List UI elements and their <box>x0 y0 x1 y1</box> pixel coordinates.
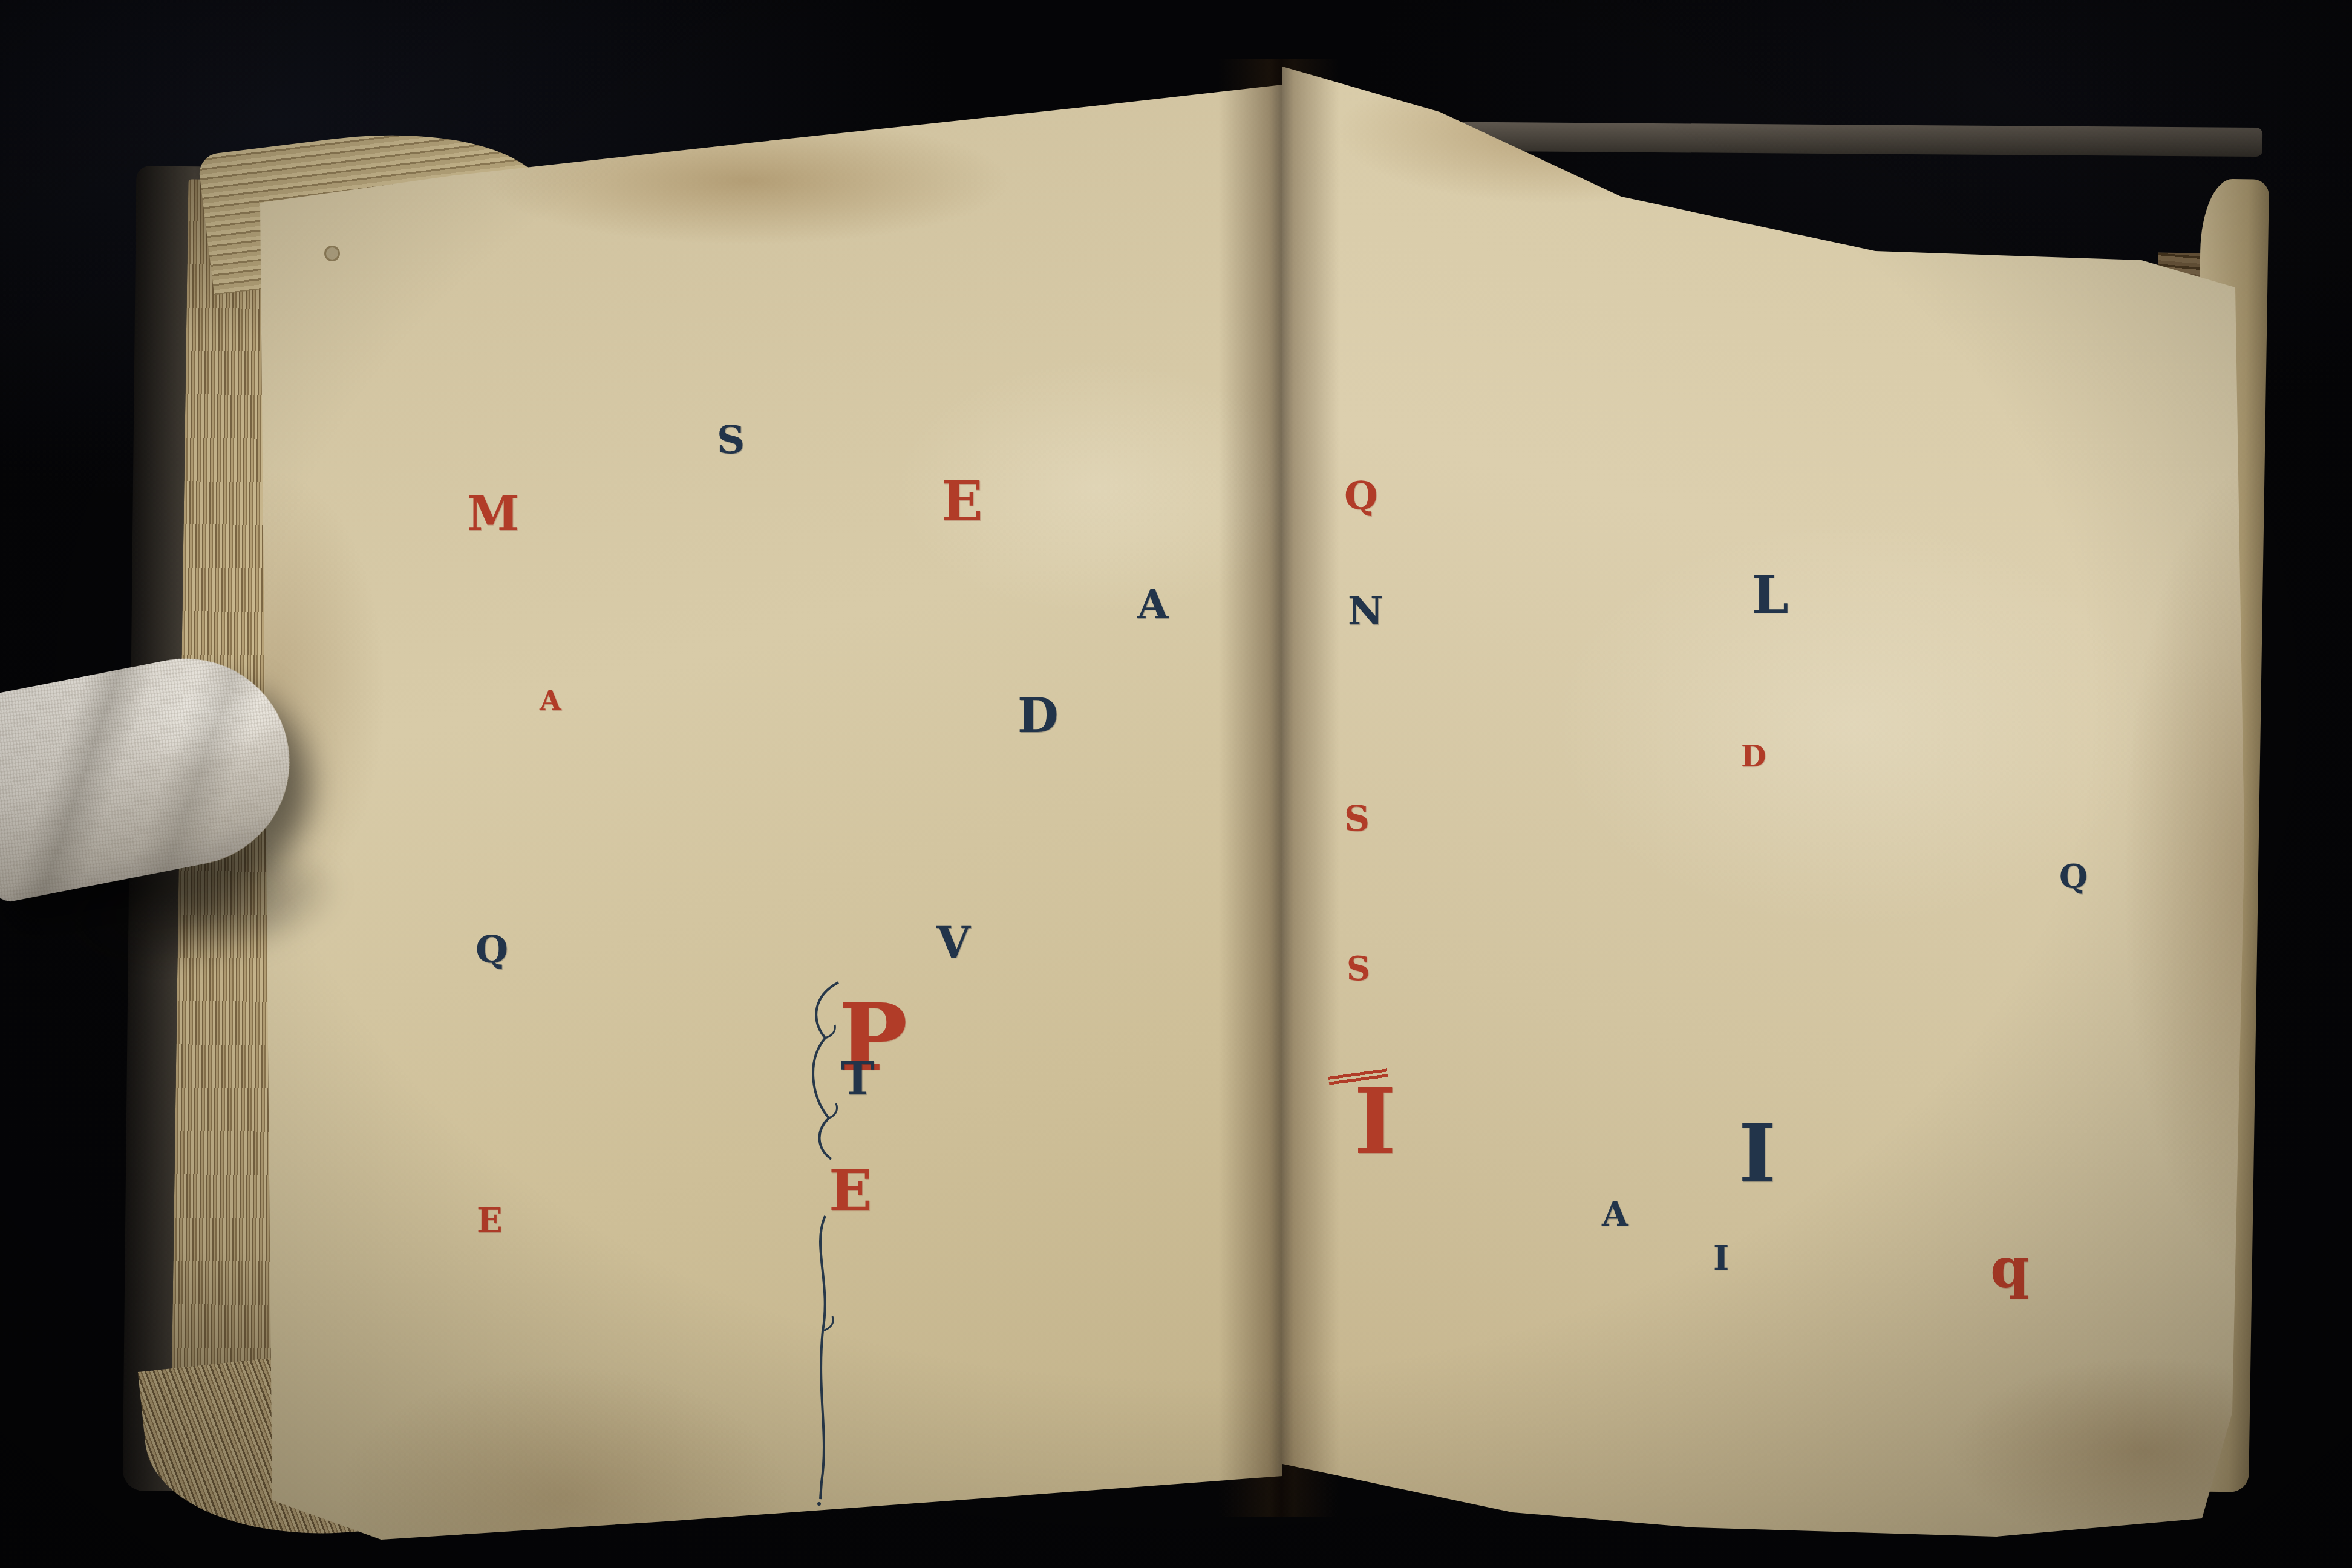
illuminated-initial-q: Q <box>2059 863 2088 892</box>
illuminated-initial-e: E <box>477 1206 503 1236</box>
illuminated-initial-v: V <box>936 923 970 961</box>
illuminated-initial-s: S <box>1344 803 1370 834</box>
illuminated-initial-q: q <box>1990 1244 2029 1293</box>
illuminated-initial-n: N <box>1348 595 1383 629</box>
illuminated-initial-q: Q <box>475 933 508 967</box>
book-cover-edge-top-right <box>1401 122 2262 157</box>
text-column-right-col-2: die un habes ille uolubina n erat simpli… <box>1752 273 2106 1297</box>
illuminated-initial-q: Q <box>1344 480 1378 514</box>
text-column-left-col-2: staurata tyberias app ellata honore tybe… <box>876 253 1257 1245</box>
illuminated-initial-e: E <box>829 1166 872 1217</box>
photograph-stage: fratrem mittentes recia sua piscatores a… <box>0 0 2352 1568</box>
text-column-right-col-1: ihu xpe magister bone suscipe pace tempu… <box>1350 268 1742 1292</box>
illuminated-initial-a: A <box>1137 587 1168 622</box>
illuminated-initial-i: I <box>1354 1082 1396 1161</box>
illuminated-initial-s: S <box>717 423 745 457</box>
illuminated-initial-e: E <box>941 478 983 526</box>
illuminated-initial-i: I <box>1713 1244 1729 1273</box>
illuminated-initial-s: S <box>1347 955 1370 984</box>
illuminated-initial-a: A <box>1602 1200 1628 1229</box>
illuminated-initial-t: T <box>841 1060 874 1099</box>
illuminated-initial-d: D <box>1741 744 1766 769</box>
pen-flourish-descender <box>805 1216 847 1506</box>
illuminated-initial-l: L <box>1752 572 1788 618</box>
illuminated-initial-i: I <box>1739 1119 1776 1189</box>
illuminated-initial-d: D <box>1018 696 1059 737</box>
parchment-hole <box>324 246 340 261</box>
illuminated-initial-m: M <box>467 494 519 535</box>
illuminated-initial-a: A <box>540 688 561 713</box>
